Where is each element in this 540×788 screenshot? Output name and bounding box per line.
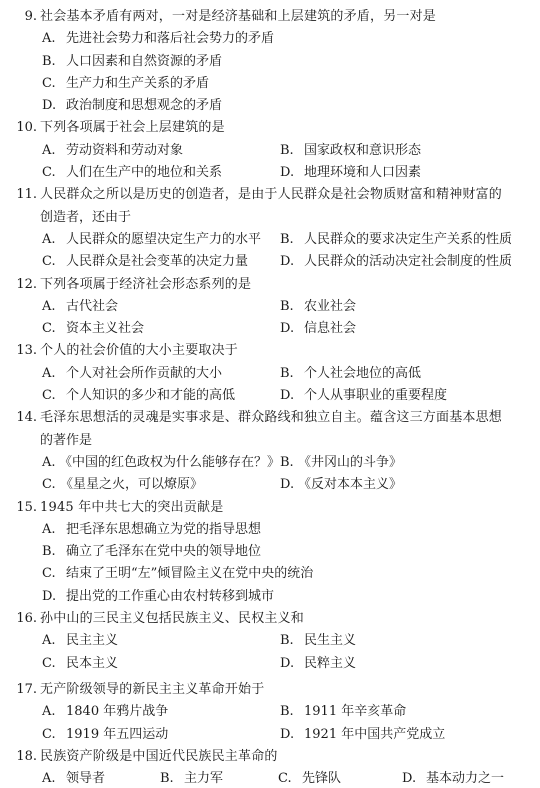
option-c: C.结束了王明“左”倾冒险主义在党中央的统治 bbox=[42, 563, 313, 585]
option-b: B.个人社会地位的高低 bbox=[280, 363, 518, 385]
option-b: B.主力军 bbox=[160, 768, 278, 788]
option-a: A.民主主义 bbox=[42, 630, 280, 652]
question-10: 10.下列各项属于社会上层建筑的是 A.劳动资料和劳动对象B.国家政权和意识形态… bbox=[0, 117, 540, 184]
option-d: D.信息社会 bbox=[280, 318, 518, 340]
option-d: D.人民群众的活动决定社会制度的性质 bbox=[280, 251, 518, 273]
option-c: C.民本主义 bbox=[42, 653, 280, 675]
option-d: D.提出党的工作重心由农村转移到城市 bbox=[42, 586, 274, 608]
option-b: B.人口因素和自然资源的矛盾 bbox=[42, 51, 222, 73]
question-stem: 无产阶级领导的新民主主义革命开始于 bbox=[40, 679, 540, 701]
option-b: B.民生主义 bbox=[280, 630, 518, 652]
question-number: 9. bbox=[0, 6, 40, 28]
option-c: C.人民群众是社会变革的决定力量 bbox=[42, 251, 280, 273]
option-d: D.地理环境和人口因素 bbox=[280, 162, 518, 184]
option-a: A.劳动资料和劳动对象 bbox=[42, 140, 280, 162]
question-number: 18. bbox=[0, 746, 40, 768]
question-stem: 个人的社会价值的大小主要取决于 bbox=[40, 340, 540, 362]
option-a: A.领导者 bbox=[42, 768, 160, 788]
options-list: A.劳动资料和劳动对象B.国家政权和意识形态 C.人们在生产中的地位和关系D.地… bbox=[0, 140, 540, 185]
options-list: A.《中国的红色政权为什么能够存在？》B.《井冈山的斗争》 C.《星星之火，可以… bbox=[0, 452, 540, 497]
question-stem: 民族资产阶级是中国近代民族民主革命的 bbox=[40, 746, 540, 768]
option-a: A.先进社会势力和落后社会势力的矛盾 bbox=[42, 28, 274, 50]
question-number: 16. bbox=[0, 608, 40, 630]
question-15: 15.1945 年中共七大的突出贡献是 A.把毛泽东思想确立为党的指导思想 B.… bbox=[0, 497, 540, 608]
options-list: A.古代社会B.农业社会 C.资本主义社会D.信息社会 bbox=[0, 296, 540, 341]
options-list: A.人民群众的愿望决定生产力的水平B.人民群众的要求决定生产关系的性质 C.人民… bbox=[0, 229, 540, 274]
question-number: 10. bbox=[0, 117, 40, 139]
question-14: 14.毛泽东思想活的灵魂是实事求是、群众路线和独立自主。蕴含这三方面基本思想 的… bbox=[0, 407, 540, 496]
option-b: B.农业社会 bbox=[280, 296, 518, 318]
option-c: C.个人知识的多少和才能的高低 bbox=[42, 385, 280, 407]
options-list: A.1840 年鸦片战争B.1911 年辛亥革命 C.1919 年五四运动D.1… bbox=[0, 701, 540, 746]
question-18: 18.民族资产阶级是中国近代民族民主革命的 A.领导者 B.主力军 C.先锋队 … bbox=[0, 746, 540, 788]
option-a: A.《中国的红色政权为什么能够存在？》 bbox=[42, 452, 280, 474]
question-stem: 孙中山的三民主义包括民族主义、民权主义和 bbox=[40, 608, 540, 630]
options-list: A.民主主义B.民生主义 C.民本主义D.民粹主义 bbox=[0, 630, 540, 675]
option-a: A.古代社会 bbox=[42, 296, 280, 318]
option-c: C.先锋队 bbox=[278, 768, 402, 788]
question-stem: 1945 年中共七大的突出贡献是 bbox=[40, 497, 540, 519]
option-a: A.个人对社会所作贡献的大小 bbox=[42, 363, 280, 385]
options-list: A.先进社会势力和落后社会势力的矛盾 B.人口因素和自然资源的矛盾 C.生产力和… bbox=[0, 28, 540, 117]
question-stem: 人民群众之所以是历史的创造者，是由于人民群众是社会物质财富和精神财富的 bbox=[40, 184, 540, 206]
question-16: 16.孙中山的三民主义包括民族主义、民权主义和 A.民主主义B.民生主义 C.民… bbox=[0, 608, 540, 675]
option-a: A.1840 年鸦片战争 bbox=[42, 701, 280, 723]
question-stem: 下列各项属于经济社会形态系列的是 bbox=[40, 274, 540, 296]
question-number: 14. bbox=[0, 407, 40, 429]
option-d: D.基本动力之一 bbox=[402, 768, 520, 788]
question-stem: 下列各项属于社会上层建筑的是 bbox=[40, 117, 540, 139]
option-c: C.1919 年五四运动 bbox=[42, 724, 280, 746]
options-list: A.领导者 B.主力军 C.先锋队 D.基本动力之一 bbox=[0, 768, 540, 788]
question-stem-continued: 创造者，还由于 bbox=[0, 207, 540, 229]
question-17: 17.无产阶级领导的新民主主义革命开始于 A.1840 年鸦片战争B.1911 … bbox=[0, 679, 540, 746]
question-12: 12.下列各项属于经济社会形态系列的是 A.古代社会B.农业社会 C.资本主义社… bbox=[0, 274, 540, 341]
option-b: B.《井冈山的斗争》 bbox=[280, 452, 518, 474]
option-c: C.资本主义社会 bbox=[42, 318, 280, 340]
question-13: 13.个人的社会价值的大小主要取决于 A.个人对社会所作贡献的大小B.个人社会地… bbox=[0, 340, 540, 407]
option-a: A.人民群众的愿望决定生产力的水平 bbox=[42, 229, 280, 251]
option-b: B.1911 年辛亥革命 bbox=[280, 701, 518, 723]
option-c: C.人们在生产中的地位和关系 bbox=[42, 162, 280, 184]
option-b: B.人民群众的要求决定生产关系的性质 bbox=[280, 229, 518, 251]
option-d: D.政治制度和思想观念的矛盾 bbox=[42, 95, 222, 117]
option-c: C.生产力和生产关系的矛盾 bbox=[42, 73, 209, 95]
option-b: B.国家政权和意识形态 bbox=[280, 140, 518, 162]
question-9: 9.社会基本矛盾有两对，一对是经济基础和上层建筑的矛盾，另一对是 A.先进社会势… bbox=[0, 6, 540, 117]
question-stem: 社会基本矛盾有两对，一对是经济基础和上层建筑的矛盾，另一对是 bbox=[40, 6, 540, 28]
question-number: 15. bbox=[0, 497, 40, 519]
option-c: C.《星星之火，可以燎原》 bbox=[42, 474, 280, 496]
option-d: D.《反对本本主义》 bbox=[280, 474, 518, 496]
option-d: D.1921 年中国共产党成立 bbox=[280, 724, 518, 746]
option-d: D.个人从事职业的重要程度 bbox=[280, 385, 518, 407]
option-a: A.把毛泽东思想确立为党的指导思想 bbox=[42, 519, 261, 541]
question-11: 11.人民群众之所以是历史的创造者，是由于人民群众是社会物质财富和精神财富的 创… bbox=[0, 184, 540, 273]
question-stem: 毛泽东思想活的灵魂是实事求是、群众路线和独立自主。蕴含这三方面基本思想 bbox=[40, 407, 540, 429]
question-stem-continued: 的著作是 bbox=[0, 430, 540, 452]
options-list: A.把毛泽东思想确立为党的指导思想 B.确立了毛泽东在党中央的领导地位 C.结束… bbox=[0, 519, 540, 608]
question-number: 11. bbox=[0, 184, 40, 206]
question-number: 12. bbox=[0, 274, 40, 296]
question-number: 13. bbox=[0, 340, 40, 362]
exam-page: 9.社会基本矛盾有两对，一对是经济基础和上层建筑的矛盾，另一对是 A.先进社会势… bbox=[0, 6, 540, 788]
option-b: B.确立了毛泽东在党中央的领导地位 bbox=[42, 541, 261, 563]
question-number: 17. bbox=[0, 679, 40, 701]
option-d: D.民粹主义 bbox=[280, 653, 518, 675]
options-list: A.个人对社会所作贡献的大小B.个人社会地位的高低 C.个人知识的多少和才能的高… bbox=[0, 363, 540, 408]
